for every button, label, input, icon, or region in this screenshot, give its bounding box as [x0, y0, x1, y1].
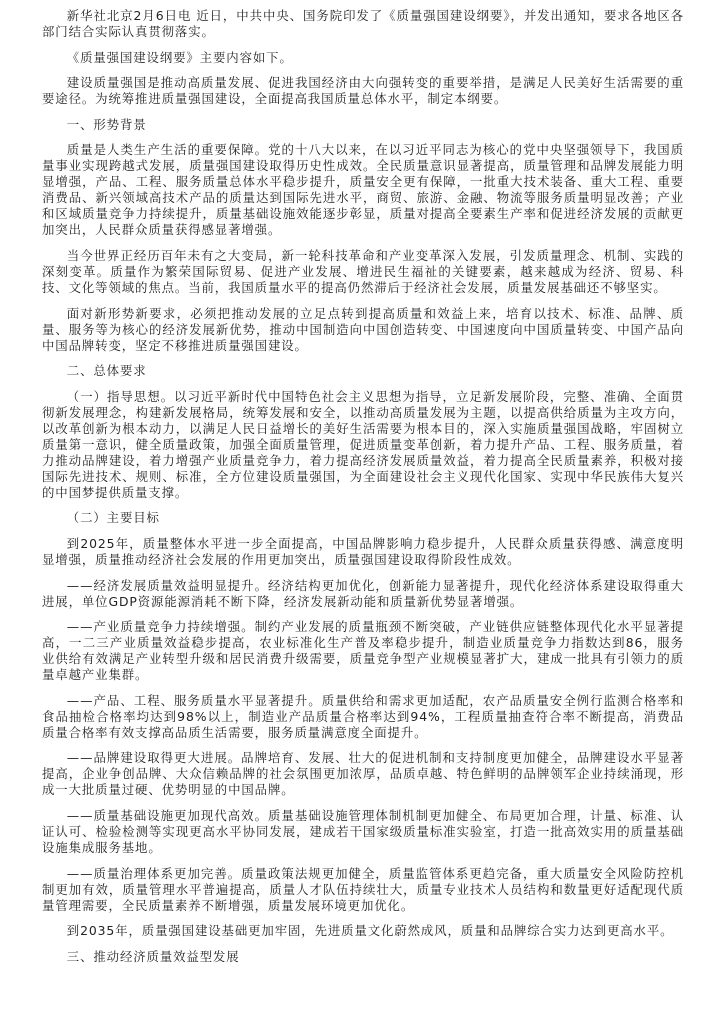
paragraph-main-content: 《质量强国建设纲要》主要内容如下。	[42, 50, 684, 66]
paragraph-background-2: 当今世界正经历百年未有之大变局，新一轮科技革命和产业变革深入发展，引发质量理念、…	[42, 248, 684, 296]
paragraph-goal-2035: 到2035年，质量强国建设基础更加牢固，先进质量文化蔚然成风，质量和品牌综合实力…	[42, 923, 684, 939]
paragraph-goal-economy: ——经济发展质量效益明显提升。经济结构更加优化，创新能力显著提升，现代化经济体系…	[42, 578, 684, 610]
paragraph-guiding-thought: （一）指导思想。以习近平新时代中国特色社会主义思想为指导，立足新发展阶段，完整、…	[42, 389, 684, 501]
paragraph-purpose: 建设质量强国是推动高质量发展、促进我国经济由大向强转变的重要举措，是满足人民美好…	[42, 75, 684, 107]
section-heading-2: 二、总体要求	[42, 363, 684, 379]
paragraph-goal-industry: ——产业质量竞争力持续增强。制约产业发展的质量瓶颈不断突破，产业链供应链整体现代…	[42, 619, 684, 683]
paragraph-intro: 新华社北京2月6日电 近日，中共中央、国务院印发了《质量强国建设纲要》，并发出通…	[42, 8, 684, 40]
document-body: 新华社北京2月6日电 近日，中共中央、国务院印发了《质量强国建设纲要》，并发出通…	[42, 8, 684, 974]
paragraph-goal-governance: ——质量治理体系更加完善。质量政策法规更加健全，质量监管体系更趋完备，重大质量安…	[42, 866, 684, 914]
paragraph-background-3: 面对新形势新要求，必须把推动发展的立足点转到提高质量和效益上来，培育以技术、标准…	[42, 306, 684, 354]
paragraph-background-1: 质量是人类生产生活的重要保障。党的十八大以来，在以习近平同志为核心的党中央坚强领…	[42, 142, 684, 238]
subsection-heading-main-goals: （二）主要目标	[42, 510, 684, 526]
paragraph-goal-2025: 到2025年，质量整体水平进一步全面提高，中国品牌影响力稳步提升，人民群众质量获…	[42, 536, 684, 568]
paragraph-goal-infrastructure: ——质量基础设施更加现代高效。质量基础设施管理体制机制更加健全、布局更加合理，计…	[42, 808, 684, 856]
section-heading-1: 一、形势背景	[42, 117, 684, 133]
paragraph-goal-products: ——产品、工程、服务质量水平显著提升。质量供给和需求更加适配，农产品质量安全例行…	[42, 693, 684, 741]
section-heading-3: 三、推动经济质量效益型发展	[42, 949, 684, 965]
paragraph-goal-brand: ——品牌建设取得更大进展。品牌培育、发展、壮大的促进机制和支持制度更加健全，品牌…	[42, 750, 684, 798]
